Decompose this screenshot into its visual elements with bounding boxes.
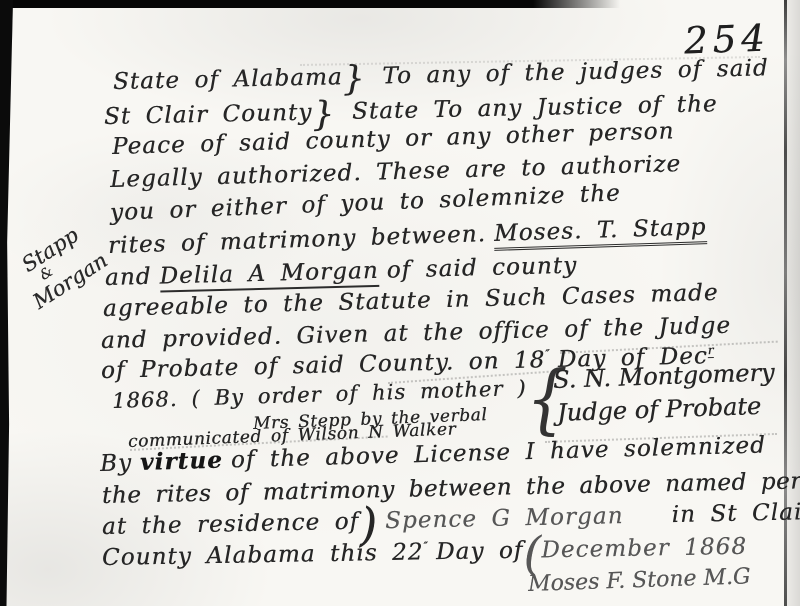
residence-name: Spence G Morgan xyxy=(385,503,624,534)
line-text: County Alabama this 22 xyxy=(102,539,424,571)
line-text: Day of xyxy=(436,538,524,566)
state-heading: State of Alabama xyxy=(113,64,343,95)
ordinal-superscript: ″ xyxy=(423,539,428,553)
certificate-line-4: County Alabama this 22″Day of(December 1… xyxy=(102,534,748,571)
groom-name: Moses. T. Stapp xyxy=(494,214,707,251)
line-text: at the residence of xyxy=(102,509,360,540)
overwritten-word: virtue xyxy=(140,447,224,476)
marriage-date: December 1868 xyxy=(541,534,747,564)
line-text: and xyxy=(105,264,152,291)
line-text: rites of matrimony between. xyxy=(108,221,487,259)
line-text: To any of the judges of said xyxy=(382,55,769,89)
scan-edge-top xyxy=(0,0,620,8)
document-scan: 254 Stapp & Morgan State of Alabama}To a… xyxy=(0,0,800,606)
judge-title: Judge of Probate xyxy=(557,392,762,427)
line-text: of said county xyxy=(386,253,577,284)
line-text: in St Clair xyxy=(671,499,800,528)
officiant-signature: Moses F. Stone M.G xyxy=(528,564,751,597)
month-abbrev-superscript: r xyxy=(708,343,714,358)
bride-name: Delila A Morgan xyxy=(159,258,379,293)
line-text: By xyxy=(100,450,133,477)
county-heading: St Clair County xyxy=(104,100,313,130)
